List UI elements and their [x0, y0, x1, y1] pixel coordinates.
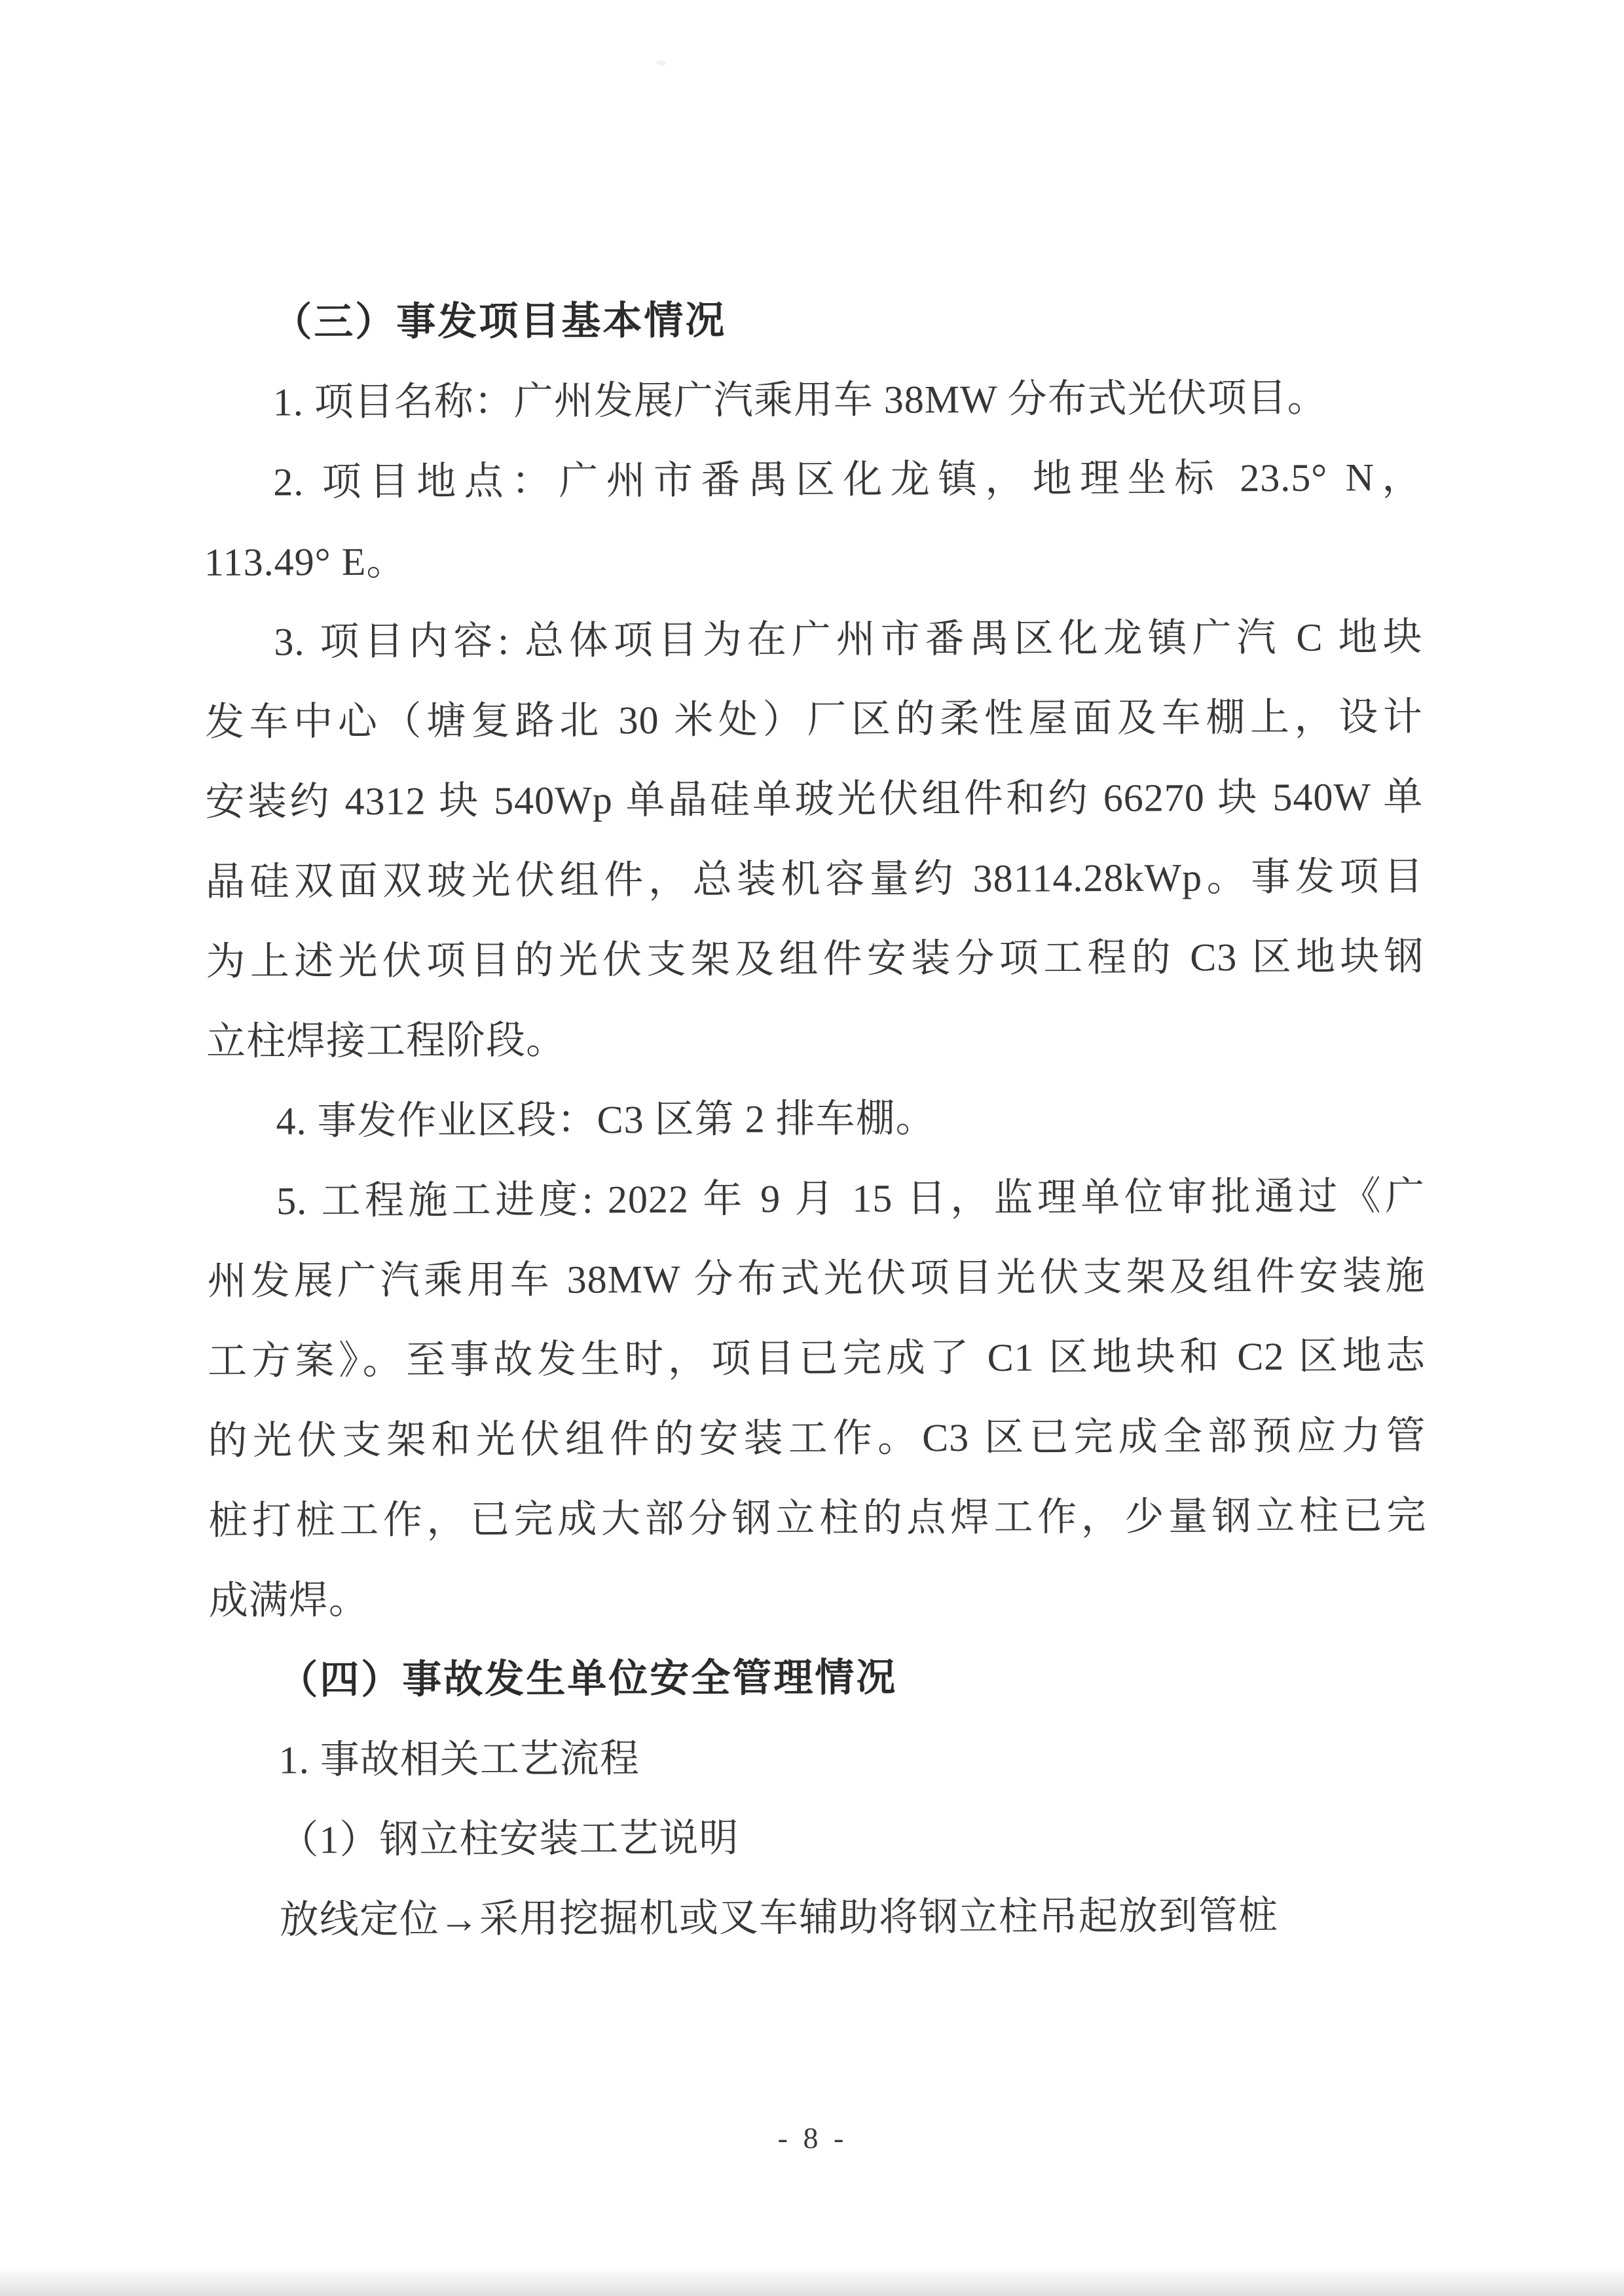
line-progress-4: 的光伏支架和光伏组件的安装工作。C3 区已完成全部预应力管: [208, 1396, 1426, 1481]
line-work-section: 4. 事发作业区段：C3 区第 2 排车棚。: [206, 1076, 1425, 1161]
document-page: （三）事发项目基本情况 1. 项目名称：广州发展广汽乘用车 38MW 分布式光伏…: [0, 0, 1624, 2296]
line-flow-step: 放线定位→采用挖掘机或叉车辅助将钢立柱吊起放到管桩: [210, 1875, 1429, 1960]
line-install-desc-title: （1）钢立柱安装工艺说明: [210, 1795, 1428, 1880]
line-process-flow-title: 1. 事故相关工艺流程: [210, 1715, 1428, 1800]
line-project-content-5: 为上述光伏项目的光伏支架及组件安装分项工程的 C3 区地块钢: [206, 917, 1424, 1002]
line-progress-1: 5. 工程施工进度: 2022 年 9 月 15 日，监理单位审批通过《广: [207, 1156, 1426, 1241]
text-column: （三）事发项目基本情况 1. 项目名称：广州发展广汽乘用车 38MW 分布式光伏…: [203, 278, 1428, 1960]
line-heading-section-4: （四）事故发生单位安全管理情况: [209, 1635, 1428, 1721]
line-project-location-2: 113.49° E。: [204, 517, 1423, 602]
line-project-name: 1. 项目名称：广州发展广汽乘用车 38MW 分布式光伏项目。: [204, 357, 1422, 443]
line-project-content-2: 发车中心（塘复路北 30 米处）厂区的柔性屋面及车棚上，设计: [205, 677, 1424, 762]
line-progress-5: 桩打桩工作，已完成大部分钢立柱的点焊工作，少量钢立柱已完: [208, 1476, 1427, 1561]
line-project-content-3: 安装约 4312 块 540Wp 单晶硅单玻光伏组件和约 66270 块 540…: [205, 757, 1424, 842]
line-project-content-4: 晶硅双面双玻光伏组件，总装机容量约 38114.28kWp。事发项目: [206, 837, 1424, 922]
scan-artifact-speck: [656, 60, 667, 65]
line-project-content-6: 立柱焊接工程阶段。: [206, 996, 1425, 1082]
line-progress-2: 州发展广汽乘用车 38MW 分布式光伏项目光伏支架及组件安装施: [207, 1236, 1426, 1321]
line-project-location-1: 2. 项目地点：广州市番禺区化龙镇，地理坐标 23.5° N，: [204, 437, 1422, 522]
scan-edge-shadow: [0, 2267, 1624, 2296]
line-heading-section-3: （三）事发项目基本情况: [203, 278, 1422, 363]
line-progress-6: 成满焊。: [209, 1556, 1428, 1641]
line-progress-3: 工方案》。至事故发生时，项目已完成了 C1 区地块和 C2 区地志: [208, 1316, 1426, 1401]
line-project-content-1: 3. 项目内容: 总体项目为在广州市番禺区化龙镇广汽 C 地块: [204, 597, 1423, 682]
page-number: - 8 -: [0, 2119, 1624, 2158]
